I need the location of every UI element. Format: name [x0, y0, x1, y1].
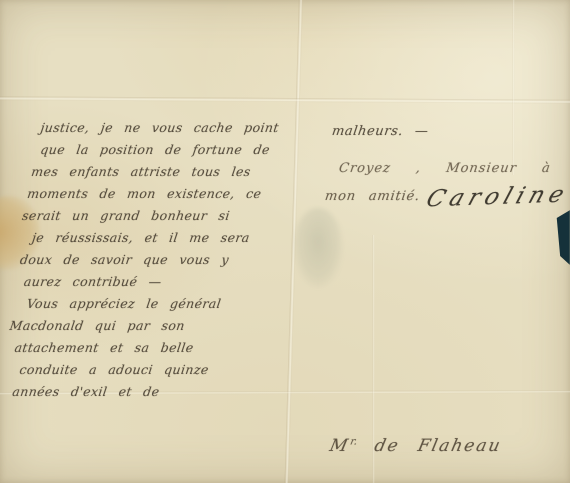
letter-body-left-page: justice, je ne vous cache point que la p… [0, 117, 280, 403]
letter-line: justice, je ne vous cache point [33, 117, 280, 139]
letter-line: que la position de fortune de [30, 139, 277, 161]
letter-line: Croyez , Monsieur à tout [338, 161, 570, 176]
letter-line: aurez contribué — [11, 271, 258, 293]
letter-line: années d'exil et de [0, 381, 243, 403]
letter-line: Macdonald qui par son [5, 315, 252, 337]
letter-line: mes enfants attriste tous les [27, 161, 274, 183]
center-ink-smudge [293, 208, 343, 288]
letter-line: je réussissais, et il me sera [18, 227, 265, 249]
letter-line: malheurs. — [331, 124, 430, 139]
signature: Caroline [423, 182, 570, 213]
letter-line: doux de savoir que vous y [14, 249, 261, 271]
letter-line: Vous appréciez le général [8, 293, 255, 315]
address-name: de Flaheau [373, 436, 504, 456]
letter-line: moments de mon existence, ce [24, 183, 271, 205]
letter-line: conduite a adouci quinze [0, 359, 246, 381]
address-superscript: r. [349, 436, 358, 447]
letter-line: serait un grand bonheur si [21, 205, 268, 227]
letter-scan: justice, je ne vous cache point que la p… [0, 0, 570, 483]
letter-line: attachement et sa belle [2, 337, 249, 359]
letter-line: mon amitié. [324, 189, 421, 204]
address-line: Mr. de Flaheau [328, 436, 504, 456]
